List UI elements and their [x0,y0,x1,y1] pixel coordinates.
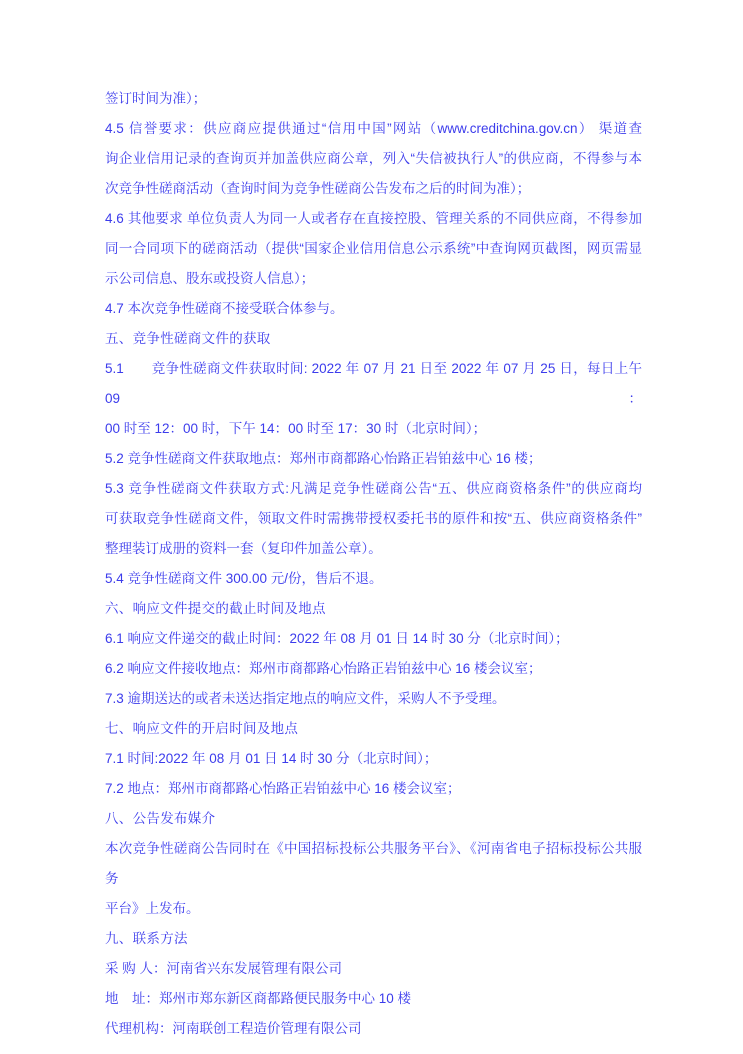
document-page: 签订时间为准）； 4.5 信誉要求：供应商应提供通过“信用中国”网站（www.c… [0,0,743,1054]
section-heading: 九、联系方法 [105,924,642,954]
document-line: 签订时间为准）； [105,84,642,114]
document-line: 地 址：郑州市郑东新区商都路便民服务中心 10 楼 [105,984,642,1014]
document-line: 整理装订成册的资料一套（复印件加盖公章）。 [105,534,642,564]
document-line: 可获取竞争性磋商文件，领取文件时需携带授权委托书的原件和按“五、供应商资格条件” [105,504,642,534]
document-line: 5.1 竞争性磋商文件获取时间: 2022 年 07 月 21 日至 2022 … [105,354,642,414]
document-line: 采 购 人：河南省兴东发展管理有限公司 [105,954,642,984]
document-line: 6.1 响应文件递交的截止时间：2022 年 08 月 01 日 14 时 30… [105,624,642,654]
document-line: 询企业信用记录的查询页并加盖供应商公章，列入“失信被执行人”的供应商，不得参与本 [105,144,642,174]
document-line: 示公司信息、股东或投资人信息）； [105,264,642,294]
section-heading: 五、竞争性磋商文件的获取 [105,324,642,354]
section-heading: 八、公告发布媒介 [105,804,642,834]
section-heading: 七、响应文件的开启时间及地点 [105,714,642,744]
document-line: 4.6 其他要求 单位负责人为同一人或者存在直接控股、管理关系的不同供应商，不得… [105,204,642,234]
document-line: 00 时至 12：00 时，下午 14：00 时至 17：30 时（北京时间）； [105,414,642,444]
document-line: 4.5 信誉要求：供应商应提供通过“信用中国”网站（www.creditchin… [105,114,642,144]
section-heading: 六、响应文件提交的截止时间及地点 [105,594,642,624]
document-line: 6.2 响应文件接收地点：郑州市商都路心怡路正岩铂兹中心 16 楼会议室； [105,654,642,684]
document-line: 5.2 竞争性磋商文件获取地点：郑州市商都路心怡路正岩铂兹中心 16 楼； [105,444,642,474]
document-line: 平台》上发布。 [105,894,642,924]
document-line: 5.3 竞争性磋商文件获取方式:凡满足竞争性磋商公告“五、供应商资格条件”的供应… [105,474,642,504]
document-line: 5.4 竞争性磋商文件 300.00 元/份，售后不退。 [105,564,642,594]
document-line: 次竞争性磋商活动（查询时间为竞争性磋商公告发布之后的时间为准）； [105,174,642,204]
notice-text-body: 签订时间为准）； 4.5 信誉要求：供应商应提供通过“信用中国”网站（www.c… [105,84,642,1044]
document-line: 7.3 逾期送达的或者未送达指定地点的响应文件，采购人不予受理。 [105,684,642,714]
document-line: 本次竞争性磋商公告同时在《中国招标投标公共服务平台》、《河南省电子招标投标公共服… [105,834,642,894]
document-line: 同一合同项下的磋商活动（提供“国家企业信用信息公示系统”中查询网页截图，网页需显 [105,234,642,264]
document-line: 4.7 本次竞争性磋商不接受联合体参与。 [105,294,642,324]
document-line: 7.1 时间:2022 年 08 月 01 日 14 时 30 分（北京时间）； [105,744,642,774]
document-line: 7.2 地点：郑州市商都路心怡路正岩铂兹中心 16 楼会议室； [105,774,642,804]
document-line: 代理机构：河南联创工程造价管理有限公司 [105,1014,642,1044]
